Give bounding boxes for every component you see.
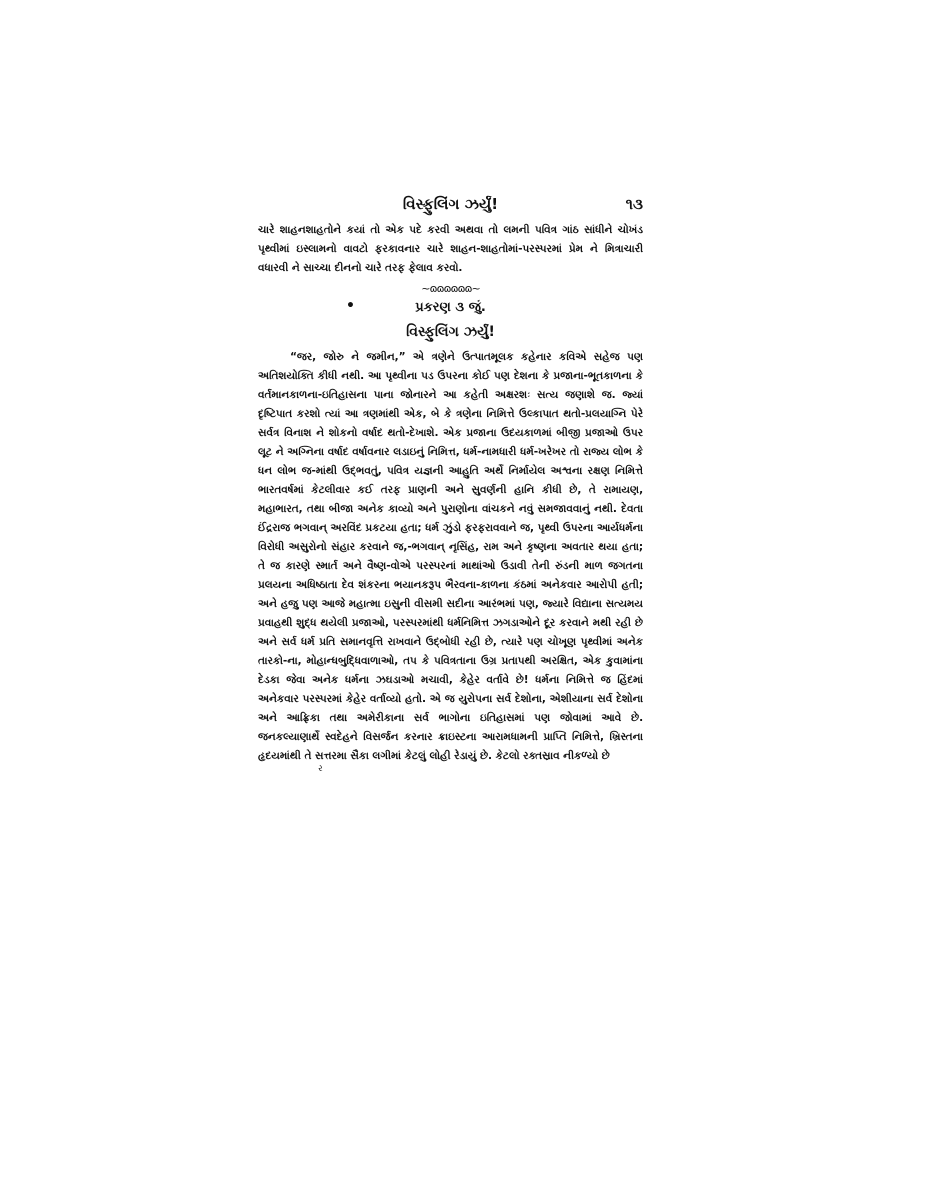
chapter-title: વિસ્ફુલિંગ ઝર્યું! [258, 324, 643, 346]
page-number: ૧૩ [626, 195, 643, 213]
body-paragraph: “જર, જોરુ ને જમીન,” એ ત્રણેને ઉત્પાતમૂલક… [258, 348, 643, 766]
running-head-title: વિસ્ફુલિંગ ઝર્યું! [258, 195, 643, 213]
ornament-divider: ~ɷɷɷɷɷɷ~ [258, 282, 643, 298]
book-page: વિસ્ફુલિંગ ઝર્યું! ૧૩ ચારે શાહનશાહતોને ક… [258, 195, 643, 774]
running-head: વિસ્ફુલિંગ ઝર્યું! ૧૩ [258, 195, 643, 221]
bullet-dot: • [346, 298, 355, 314]
chapter-number-label: પ્રકરણ ૩ જું. [415, 300, 486, 315]
opening-paragraph: ચારે શાહનશાહતોને કયાં તો એક પદે કરવી અથવ… [258, 221, 643, 278]
chapter-number: • પ્રકરણ ૩ જું. [258, 300, 643, 322]
